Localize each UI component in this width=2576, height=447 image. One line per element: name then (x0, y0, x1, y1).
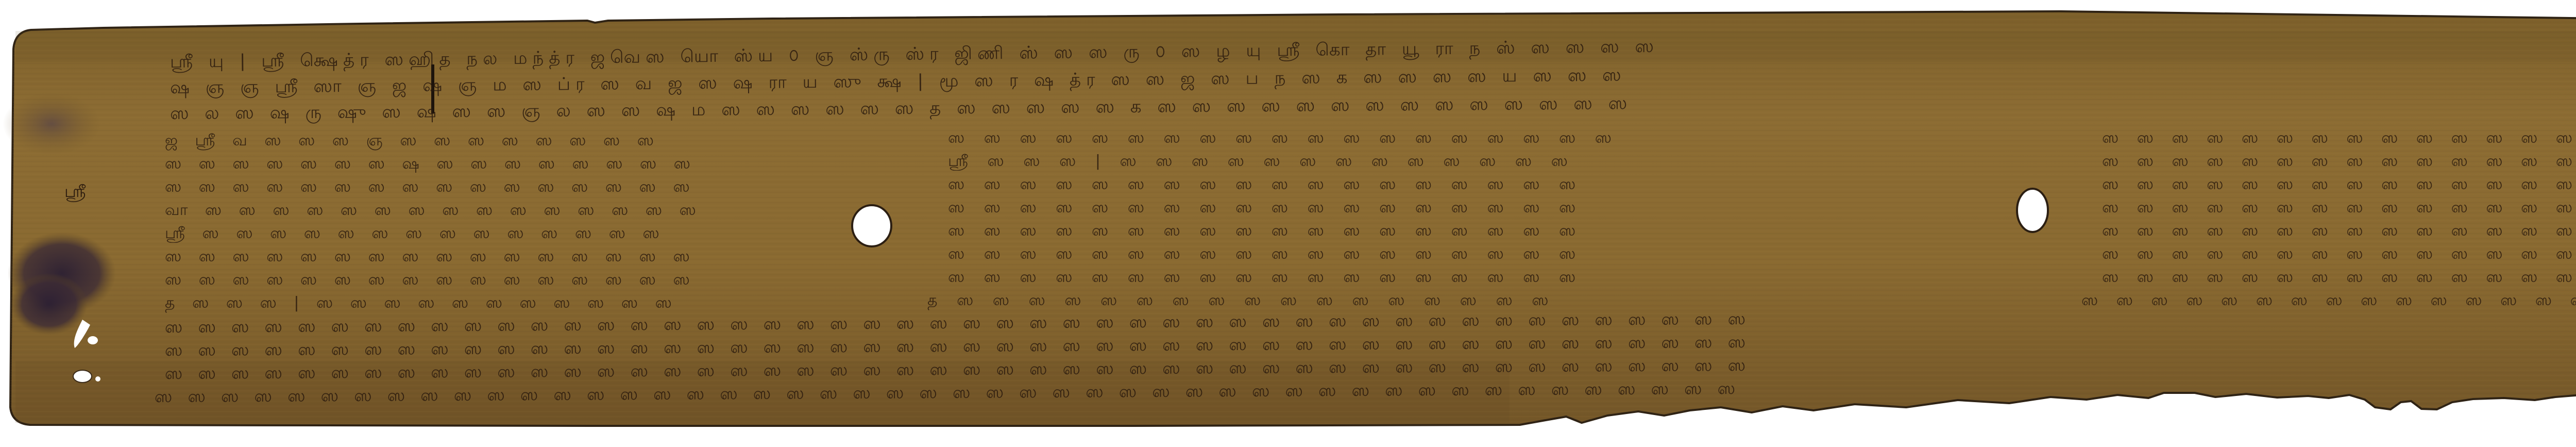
script-line: ஸ ஸ ஸ ஸ ஸ ஸ ஸ ஸ ஸ ஸ ஸ ஸ ஸ ஸ ஸ ஸ (165, 247, 696, 268)
script-line: ஸ ஸ ஸ ஸ ஸ ஸ ஸ ஸ ஸ ஸ ஸ ஸ ஸ ஸ ஸ ஸ ஸ ஸ (948, 198, 1583, 219)
script-line: ஸ்ரீ ஸ ஸ ஸ | ஸ ஸ ஸ ஸ ஸ ஸ ஸ ஸ ஸ ஸ ஸ ஸ ஸ (948, 152, 1575, 172)
script-line: த ஸ ஸ ஸ | ஸ ஸ ஸ ஸ ஸ ஸ ஸ ஸ ஸ ஸ ஸ (165, 294, 678, 314)
script-line: ஸ்ரீ ஸ ஸ ஸ ஸ ஸ ஸ ஸ ஸ ஸ ஸ ஸ ஸ ஸ ஸ (165, 224, 666, 244)
script-line: ஸ ஸ ஸ ஸ ஸ ஸ ஸ ஸ ஸ ஸ ஸ ஸ ஸ ஸ ஸ ஸ ஸ ஸ (948, 245, 1583, 265)
script-line: ஸ ஸ ஸ ஸ ஸ ஸ ஸ ஸ ஸ ஸ ஸ ஸ ஸ ஸ ஸ ஸ (2102, 175, 2576, 195)
script-line: ஸ ஸ ஸ ஸ ஸ ஸ ஸ ஸ ஸ ஸ ஸ ஸ ஸ ஸ ஸ ஸ (2102, 268, 2576, 288)
binding-hole-right (2017, 189, 2048, 232)
script-line: ஸ ஸ ஸ ஸ ஸ ஸ ஸ ஸ ஸ ஸ ஸ ஸ ஸ ஸ ஸ ஸ ஸ ஸ (948, 222, 1583, 242)
script-line: ஸ ஸ ஸ ஸ ஸ ஸ ஸ ஸ ஸ ஸ ஸ ஸ ஸ ஸ ஸ ஸ (2081, 291, 2576, 311)
script-line: ஸ ஸ ஸ ஸ ஸ ஸ ஸ ஸ ஸ ஸ ஸ ஸ ஸ ஸ ஸ ஸ (165, 178, 696, 198)
script-line: ஸ ஸ ஸ ஸ ஸ ஸ ஸ ஷ ஸ ஸ ஸ ஸ ஸ ஸ ஸ ஸ (165, 155, 697, 175)
margin-note: ஶ்ரீ (64, 181, 86, 203)
script-line: ஸ ஸ ஸ ஸ ஸ ஸ ஸ ஸ ஸ ஸ ஸ ஸ ஸ ஸ ஸ ஸ ஸ ஸ ஸ (948, 129, 1619, 149)
script-line: த ஸ ஸ ஸ ஸ ஸ ஸ ஸ ஸ ஸ ஸ ஸ ஸ ஸ ஸ ஸ ஸ ஸ (927, 291, 1556, 311)
script-line: ஸ ஸ ஸ ஸ ஸ ஸ ஸ ஸ ஸ ஸ ஸ ஸ ஸ ஸ ஸ ஸ ஸ ஸ (948, 268, 1583, 288)
script-line: ஸ ஸ ஸ ஸ ஸ ஸ ஸ ஸ ஸ ஸ ஸ ஸ ஸ ஸ ஸ ஸ (2102, 245, 2576, 265)
script-line: ஸ ஸ ஸ ஸ ஸ ஸ ஸ ஸ ஸ ஸ ஸ ஸ ஸ ஸ ஸ ஸ (2102, 222, 2576, 242)
script-line: ஸ ஸ ஸ ஸ ஸ ஸ ஸ ஸ ஸ ஸ ஸ ஸ ஸ ஸ ஸ ஸ (2102, 152, 2576, 172)
script-line: ஸ ஸ ஸ ஸ ஸ ஸ ஸ ஸ ஸ ஸ ஸ ஸ ஸ ஸ ஸ ஸ (165, 271, 696, 291)
script-line: ஸ ஸ ஸ ஸ ஸ ஸ ஸ ஸ ஸ ஸ ஸ ஸ ஸ ஸ ஸ ஸ ஸ ஸ (948, 175, 1583, 195)
script-line: ஸ ஸ ஸ ஸ ஸ ஸ ஸ ஸ ஸ ஸ ஸ ஸ ஸ ஸ ஸ ஸ (2102, 198, 2576, 219)
binding-hole-left (852, 205, 891, 246)
script-line: ஸ ஸ ஸ ஸ ஸ ஸ ஸ ஸ ஸ ஸ ஸ ஸ ஸ ஸ ஸ ஸ (2102, 129, 2576, 149)
manuscript-scan: ஶ்ரீ ஸ்ரீ யு | ஸ்ரீ க்ஷெத்ர ஸஹித நல மந்த… (0, 0, 2576, 447)
script-line: வா ஸ ஸ ஸ ஸ ஸ ஸ ஸ ஸ ஸ ஸ ஸ ஸ ஸ ஸ ஸ (165, 201, 702, 221)
script-line: ஜ ஸ்ரீ வ ஸ ஸ ஸ ஞ ஸ ஸ ஸ ஸ ஸ ஸ ஸ ஸ (165, 131, 660, 152)
